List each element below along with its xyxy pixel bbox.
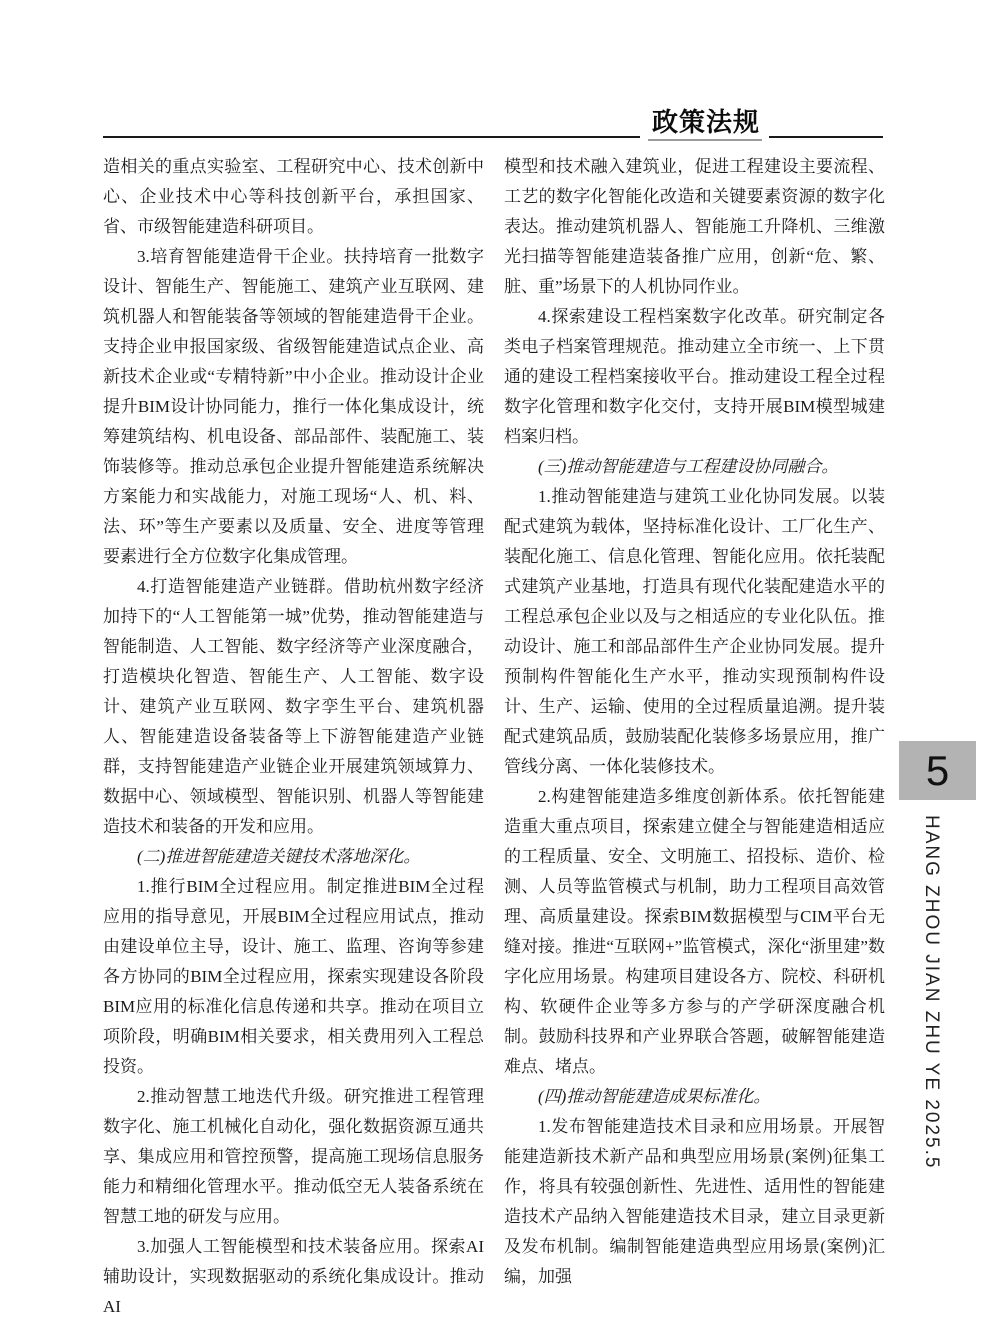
header-rule-left bbox=[103, 136, 640, 138]
right-column: 模型和技术融入建筑业，促进工程建设主要流程、工艺的数字化智能化改造和关键要素资源… bbox=[504, 152, 885, 1322]
paragraph: 模型和技术融入建筑业，促进工程建设主要流程、工艺的数字化智能化改造和关键要素资源… bbox=[504, 152, 885, 302]
paragraph: 造相关的重点实验室、工程研究中心、技术创新中心、企业技术中心等科技创新平台，承担… bbox=[103, 152, 484, 242]
subsection-heading: (二)推进智能建造关键技术落地深化。 bbox=[103, 842, 484, 872]
section-title: 政策法规 bbox=[648, 102, 764, 139]
paragraph: 4.探索建设工程档案数字化改革。研究制定各类电子档案管理规范。推动建立全市统一、… bbox=[504, 302, 885, 452]
paragraph: 1.推行BIM全过程应用。制定推进BIM全过程应用的指导意见，开展BIM全过程应… bbox=[103, 872, 484, 1082]
paragraph: 4.打造智能建造产业链群。借助杭州数字经济加持下的“人工智能第一城”优势，推动智… bbox=[103, 572, 484, 842]
journal-title-vertical: HANG ZHOU JIAN ZHU YE 2025.5 bbox=[920, 815, 942, 1215]
page-number-badge: 5 bbox=[899, 741, 976, 800]
page-number: 5 bbox=[926, 750, 949, 792]
paragraph: 2.推动智慧工地迭代升级。研究推进工程管理数字化、施工机械化自动化，强化数据资源… bbox=[103, 1082, 484, 1232]
paragraph: 1.推动智能建造与建筑工业化协同发展。以装配式建筑为载体，坚持标准化设计、工厂化… bbox=[504, 482, 885, 782]
header-rule-right bbox=[769, 136, 883, 138]
paragraph: 2.构建智能建造多维度创新体系。依托智能建造重大重点项目，探索建立健全与智能建造… bbox=[504, 782, 885, 1082]
subsection-heading: (四)推动智能建造成果标准化。 bbox=[504, 1082, 885, 1112]
text-columns: 造相关的重点实验室、工程研究中心、技术创新中心、企业技术中心等科技创新平台，承担… bbox=[103, 152, 885, 1322]
paragraph: 3.培育智能建造骨干企业。扶持培育一批数字设计、智能生产、智能施工、建筑产业互联… bbox=[103, 242, 484, 572]
left-column: 造相关的重点实验室、工程研究中心、技术创新中心、企业技术中心等科技创新平台，承担… bbox=[103, 152, 484, 1322]
section-title-underline bbox=[648, 139, 762, 141]
paragraph: 1.发布智能建造技术目录和应用场景。开展智能建造新技术新产品和典型应用场景(案例… bbox=[504, 1112, 885, 1292]
paragraph: 3.加强人工智能模型和技术装备应用。探索AI辅助设计，实现数据驱动的系统化集成设… bbox=[103, 1232, 484, 1322]
document-page: 政策法规 造相关的重点实验室、工程研究中心、技术创新中心、企业技术中心等科技创新… bbox=[0, 0, 1000, 1337]
subsection-heading: (三)推动智能建造与工程建设协同融合。 bbox=[504, 452, 885, 482]
